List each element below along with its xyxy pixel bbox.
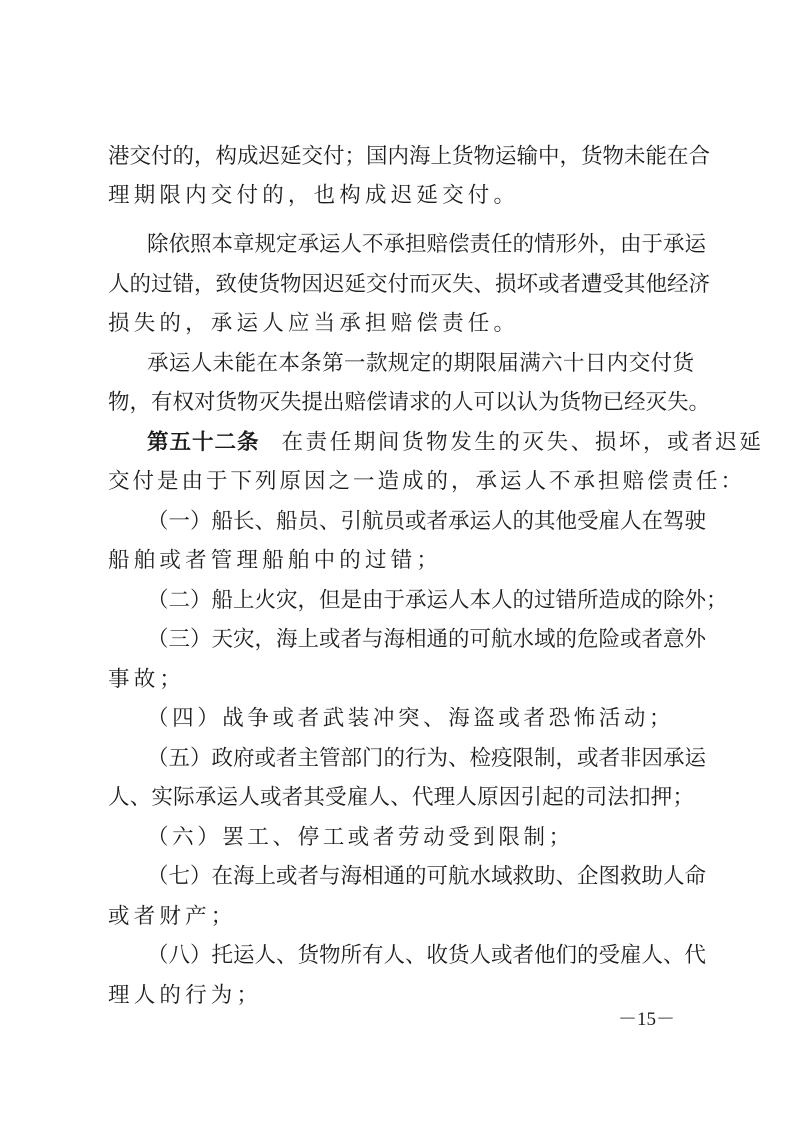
article-title: 第五十二条 <box>147 430 260 455</box>
text-line: 人的过错，致使货物因迟延交付而灭失、损坏或者遭受其他经济 <box>108 270 694 300</box>
text-line: 理人的行为； <box>108 981 694 1011</box>
text-line: 或者财产； <box>108 902 694 932</box>
text-line: 人、实际承运人或者其受雇人、代理人原因引起的司法扣押； <box>108 783 694 813</box>
list-item-5: （五）政府或者主管部门的行为、检疫限制，或者非因承运 <box>147 744 694 774</box>
list-item-8: （八）托运人、货物所有人、收货人或者他们的受雇人、代 <box>147 941 694 971</box>
text-line: 除依照本章规定承运人不承担赔偿责任的情形外，由于承运 <box>147 230 694 260</box>
document-page: 港交付的，构成迟延交付；国内海上货物运输中，货物未能在合 理期限内交付的，也构成… <box>0 0 793 1122</box>
list-item-3: （三）天灾，海上或者与海相通的可航水域的危险或者意外 <box>147 625 694 655</box>
text-line: 理期限内交付的，也构成迟延交付。 <box>108 181 694 211</box>
text-line: 物，有权对货物灭失提出赔偿请求的人可以认为货物已经灭失。 <box>108 388 694 418</box>
list-item-6: （六）罢工、停工或者劳动受到限制； <box>147 823 694 853</box>
text-line: 事故； <box>108 665 694 695</box>
list-item-1: （一）船长、船员、引航员或者承运人的其他受雇人在驾驶 <box>147 507 694 537</box>
list-item-4: （四）战争或者武装冲突、海盗或者恐怖活动； <box>147 704 694 734</box>
list-item-2: （二）船上火灾，但是由于承运人本人的过错所造成的除外； <box>147 586 694 616</box>
article-52-line: 第五十二条在责任期间货物发生的灭失、损坏，或者迟延 <box>147 428 694 458</box>
text-line: 港交付的，构成迟延交付；国内海上货物运输中，货物未能在合 <box>108 142 694 172</box>
list-item-7: （七）在海上或者与海相通的可航水域救助、企图救助人命 <box>147 862 694 892</box>
page-number: －15－ <box>618 1008 675 1032</box>
text-line: 船舶或者管理船舶中的过错； <box>108 546 694 576</box>
text-line: 交付是由于下列原因之一造成的，承运人不承担赔偿责任： <box>108 467 694 497</box>
text-line: 承运人未能在本条第一款规定的期限届满六十日内交付货 <box>147 349 694 379</box>
article-text: 在责任期间货物发生的灭失、损坏，或者迟延 <box>282 430 764 455</box>
text-line: 损失的，承运人应当承担赔偿责任。 <box>108 309 694 339</box>
